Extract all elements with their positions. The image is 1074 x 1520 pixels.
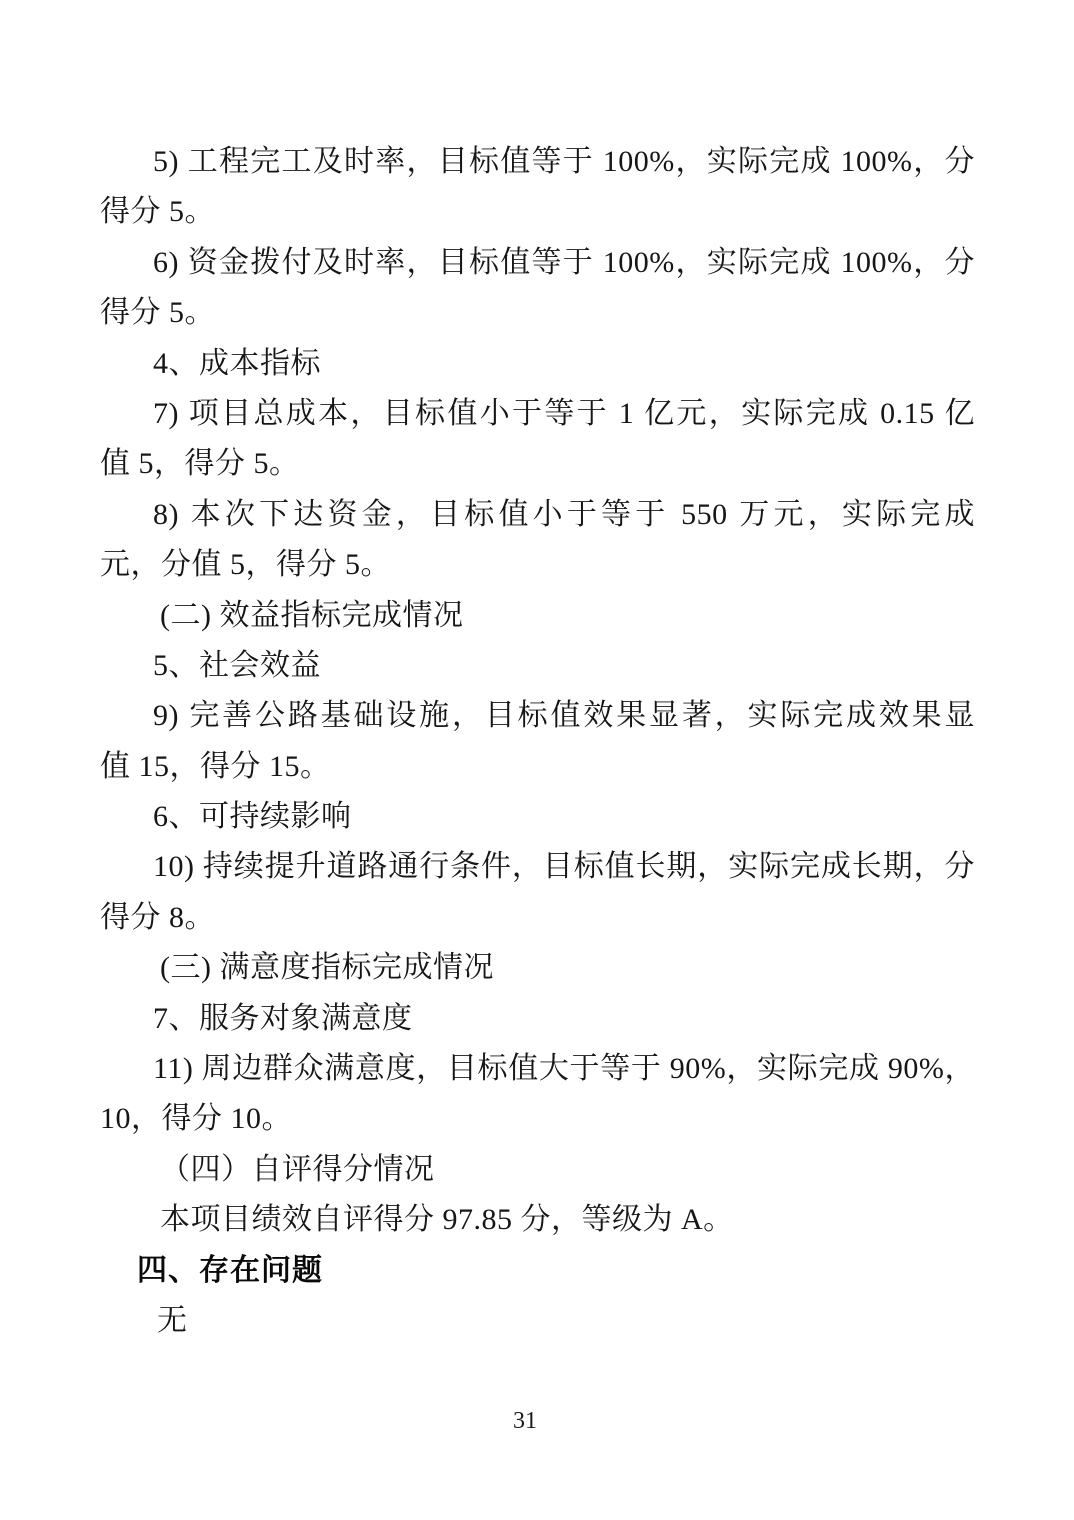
doc-line-service-header: 7、服务对象满意度 <box>100 994 975 1044</box>
doc-line-item9: 9) 完善公路基础设施，目标值效果显著，实际完成效果显著，分 <box>100 691 975 741</box>
doc-line-item7: 7) 项目总成本，目标值小于等于 1 亿元，实际完成 0.15 亿元，分 <box>100 389 975 439</box>
doc-line-item7-cont: 值 5，得分 5。 <box>100 439 975 489</box>
doc-line-self-score: 本项目绩效自评得分 97.85 分，等级为 A。 <box>100 1195 975 1245</box>
doc-line-none: 无 <box>100 1296 975 1346</box>
doc-line-sustain-header: 6、可持续影响 <box>100 792 975 842</box>
doc-line-item9-cont: 值 15，得分 15。 <box>100 742 975 792</box>
doc-line-item8-cont: 元，分值 5，得分 5。 <box>100 540 975 590</box>
document-page: 5) 工程完工及时率，目标值等于 100%，实际完成 100%，分值 5， 得分… <box>0 0 1074 1520</box>
doc-line-social-header: 5、社会效益 <box>100 641 975 691</box>
doc-line-item11: 11) 周边群众满意度，目标值大于等于 90%，实际完成 90%，分值 <box>100 1044 975 1094</box>
document-body: 5) 工程完工及时率，目标值等于 100%，实际完成 100%，分值 5， 得分… <box>100 137 975 1346</box>
doc-line-item6-cont: 得分 5。 <box>100 288 975 338</box>
doc-line-item8: 8) 本次下达资金，目标值小于等于 550 万元，实际完成 431.86 万 <box>100 490 975 540</box>
doc-line-section3: (三) 满意度指标完成情况 <box>100 943 975 993</box>
doc-line-item5: 5) 工程完工及时率，目标值等于 100%，实际完成 100%，分值 5， <box>100 137 975 187</box>
doc-line-item6: 6) 资金拨付及时率，目标值等于 100%，实际完成 100%，分值 5， <box>100 238 975 288</box>
doc-line-section4: （四）自评得分情况 <box>100 1145 975 1195</box>
section-heading-problems: 四、存在问题 <box>100 1246 975 1296</box>
doc-line-item5-cont: 得分 5。 <box>100 187 975 237</box>
doc-line-item10: 10) 持续提升道路通行条件，目标值长期，实际完成长期，分值 15， <box>100 842 975 892</box>
page-number: 31 <box>0 1408 1050 1435</box>
doc-line-cost-header: 4、成本指标 <box>100 339 975 389</box>
doc-line-item11-cont: 10，得分 10。 <box>100 1094 975 1144</box>
doc-line-item10-cont: 得分 8。 <box>100 893 975 943</box>
doc-line-section2: (二) 效益指标完成情况 <box>100 591 975 641</box>
